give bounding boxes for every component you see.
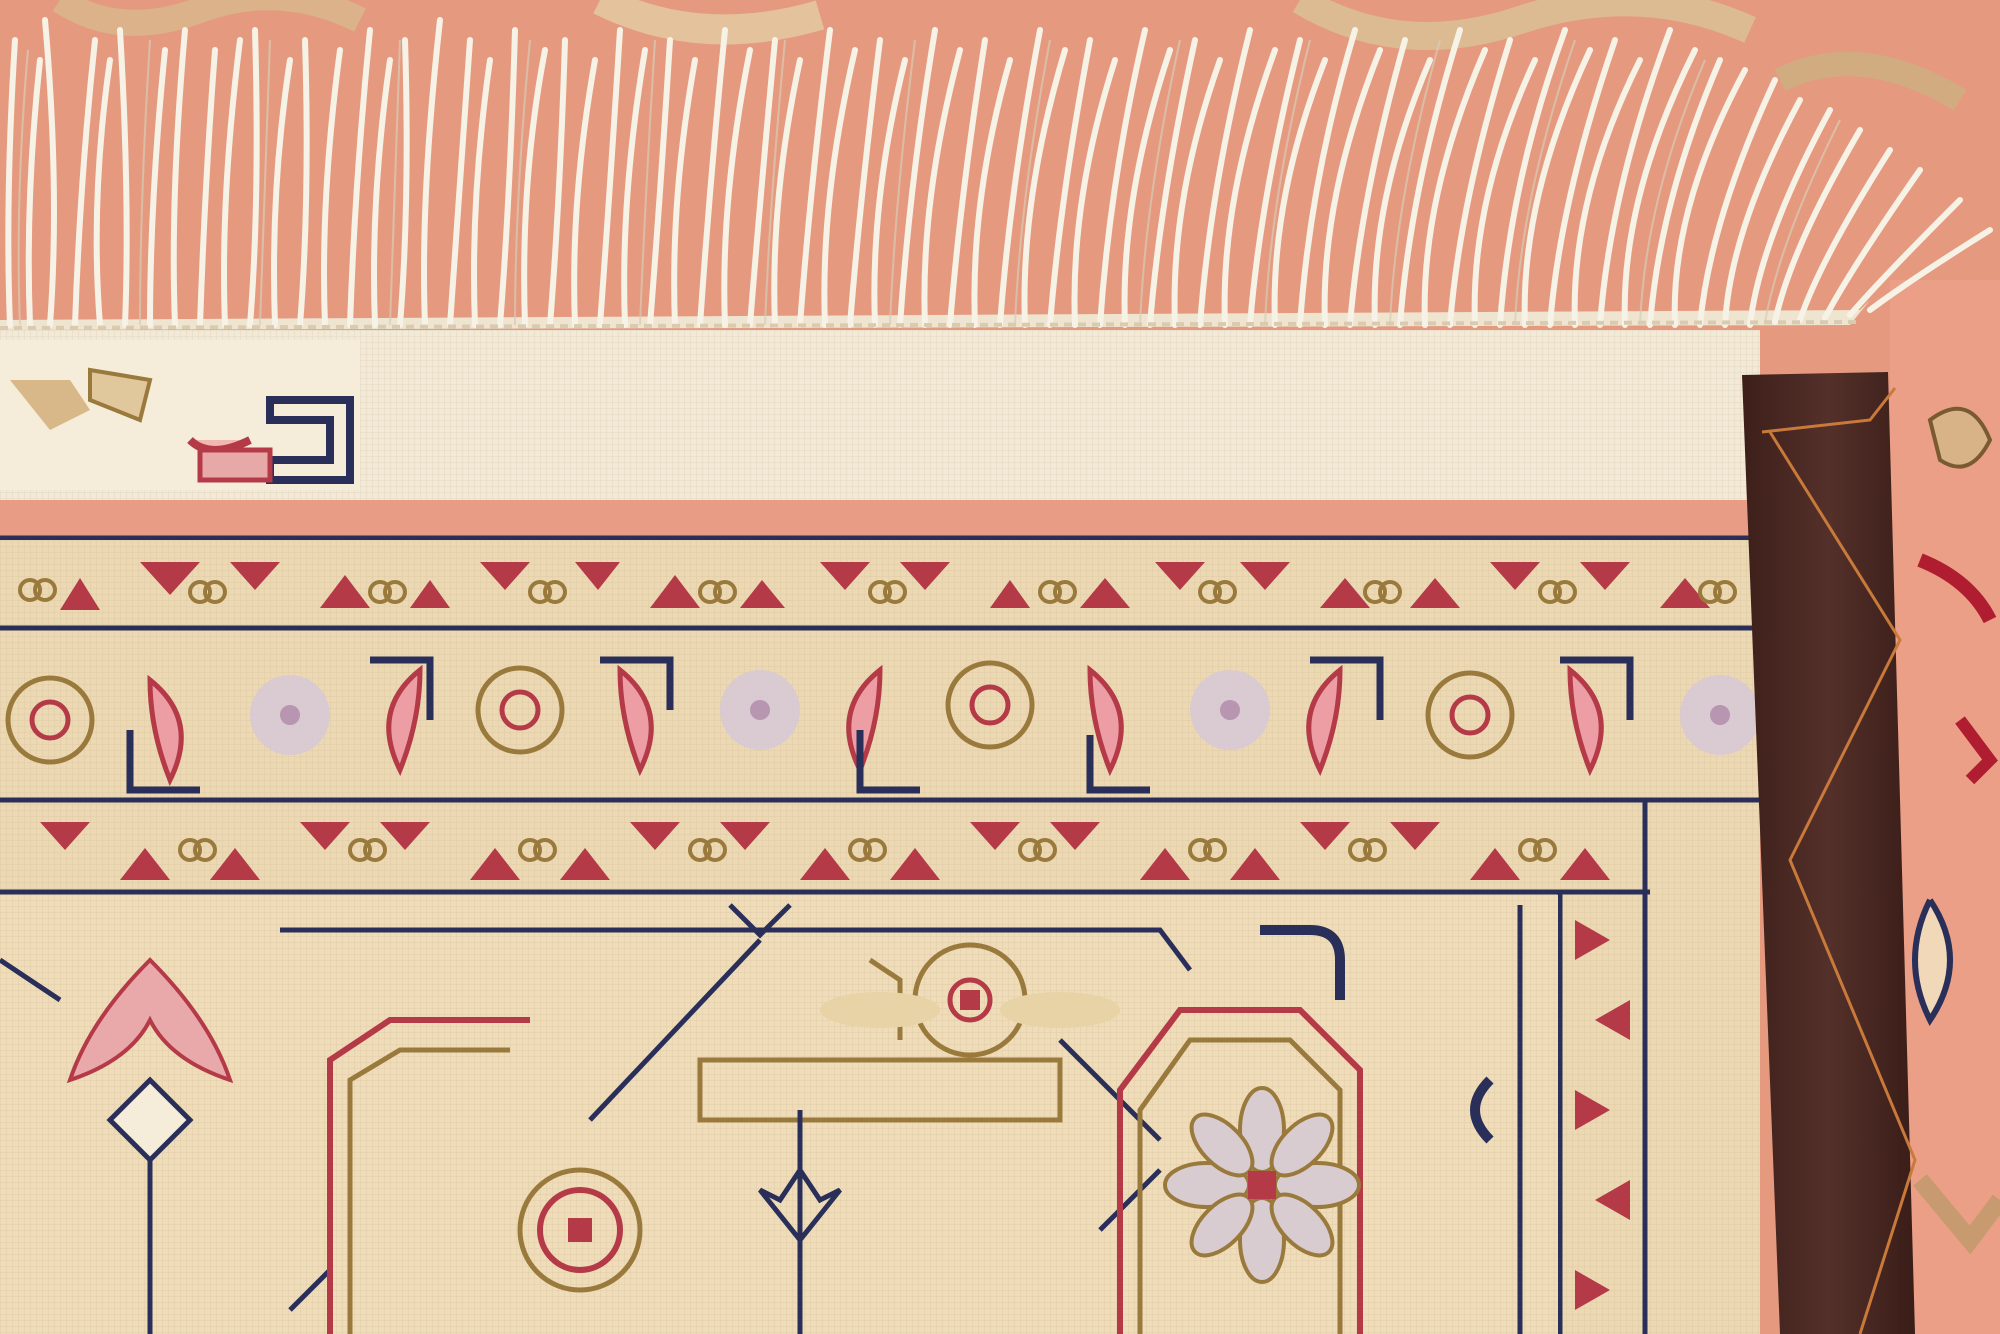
outer-salmon-band [0, 500, 1760, 538]
rug-photo [0, 0, 2000, 1334]
star-flower [1165, 1088, 1359, 1282]
rug-illustration [0, 0, 2000, 1334]
inner-field [0, 895, 1558, 1334]
kilim-left-motif [0, 340, 360, 490]
